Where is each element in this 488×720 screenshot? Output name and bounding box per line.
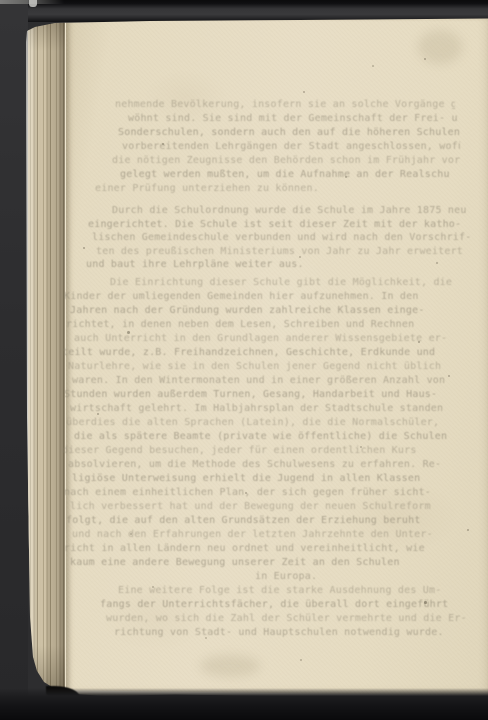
scanner-background-left <box>0 0 28 720</box>
scanner-notch <box>29 0 37 7</box>
scanner-background-top <box>0 0 488 22</box>
book-scan-photo: nehmende Bevölkerung, insofern sie an so… <box>0 0 488 720</box>
page-surface <box>65 17 488 700</box>
scanner-background-bottom <box>0 688 488 720</box>
book-page <box>25 17 488 700</box>
page-edge-stack <box>28 17 65 700</box>
